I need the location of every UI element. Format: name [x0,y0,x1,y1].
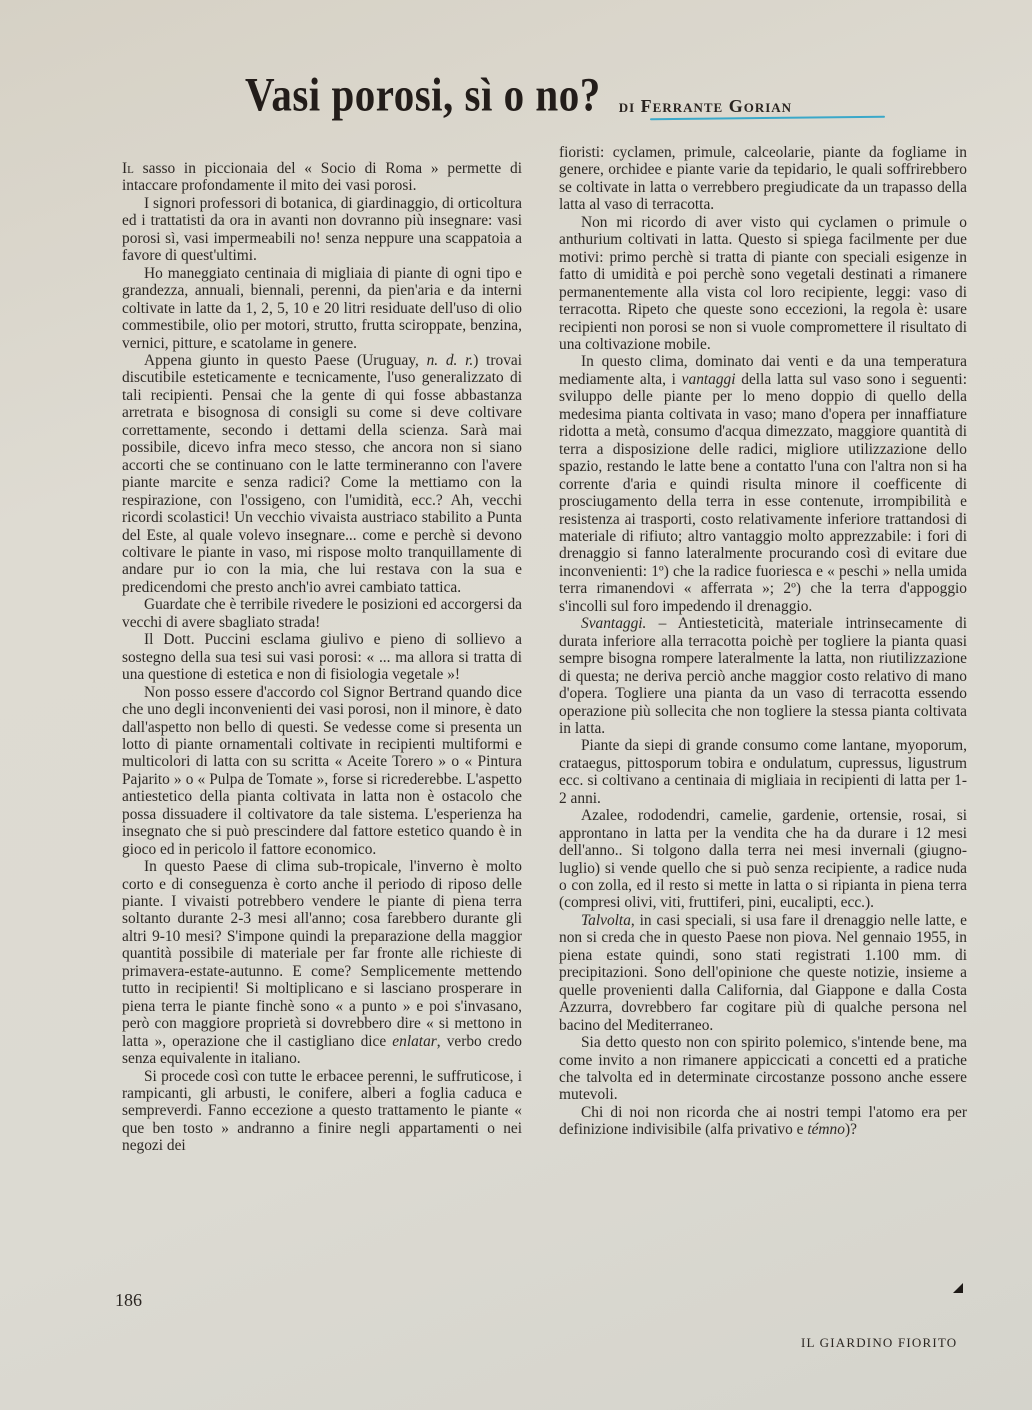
paragraph: Il sasso in piccionaia del « Socio di Ro… [122,160,522,195]
left-column: Il sasso in piccionaia del « Socio di Ro… [122,160,522,1155]
paragraph: Si procede così con tutte le erbacee per… [122,1068,522,1155]
article-header: Vasi porosi, sì o no? di Ferrante Gorian [245,74,792,122]
end-of-article-triangle-icon [953,1283,963,1293]
paragraph: Piante da siepi di grande consumo come l… [559,737,967,807]
paragraph: fioristi: cyclamen, primule, calceolarie… [559,144,967,214]
byline: di Ferrante Gorian [619,96,792,117]
author-name: Ferrante Gorian [641,96,792,116]
paragraph: Ho maneggiato centinaia di migliaia di p… [122,265,522,352]
paragraph: Non mi ricordo di aver visto qui cyclame… [559,214,967,354]
paragraph: Il Dott. Puccini esclama giulivo e pieno… [122,631,522,683]
paragraph: Azalee, rododendri, camelie, gardenie, o… [559,807,967,912]
byline-prefix: di [619,96,635,116]
paragraph: Non posso essere d'accordo col Signor Be… [122,684,522,859]
paragraph: Talvolta, in casi speciali, si usa fare … [559,912,967,1034]
paragraph: Guardate che è terribile rivedere le pos… [122,596,522,631]
paragraph: Appena giunto in questo Paese (Uruguay, … [122,352,522,596]
right-column: fioristi: cyclamen, primule, calceolarie… [559,144,967,1139]
paragraph: Sia detto questo non con spirito polemic… [559,1034,967,1104]
magazine-name: IL GIARDINO FIORITO [801,1335,957,1351]
article-title: Vasi porosi, sì o no? [245,67,601,122]
paragraph: In questo clima, dominato dai venti e da… [559,353,967,615]
paragraph: In questo Paese di clima sub-tropicale, … [122,858,522,1067]
paragraph: Svantaggi. – Antiesteticità, materiale i… [559,615,967,737]
lead-word: Il [122,160,134,177]
paragraph: I signori professori di botanica, di gia… [122,195,522,265]
page-number: 186 [115,1290,142,1311]
paragraph: Chi di noi non ricorda che ai nostri tem… [559,1104,967,1139]
